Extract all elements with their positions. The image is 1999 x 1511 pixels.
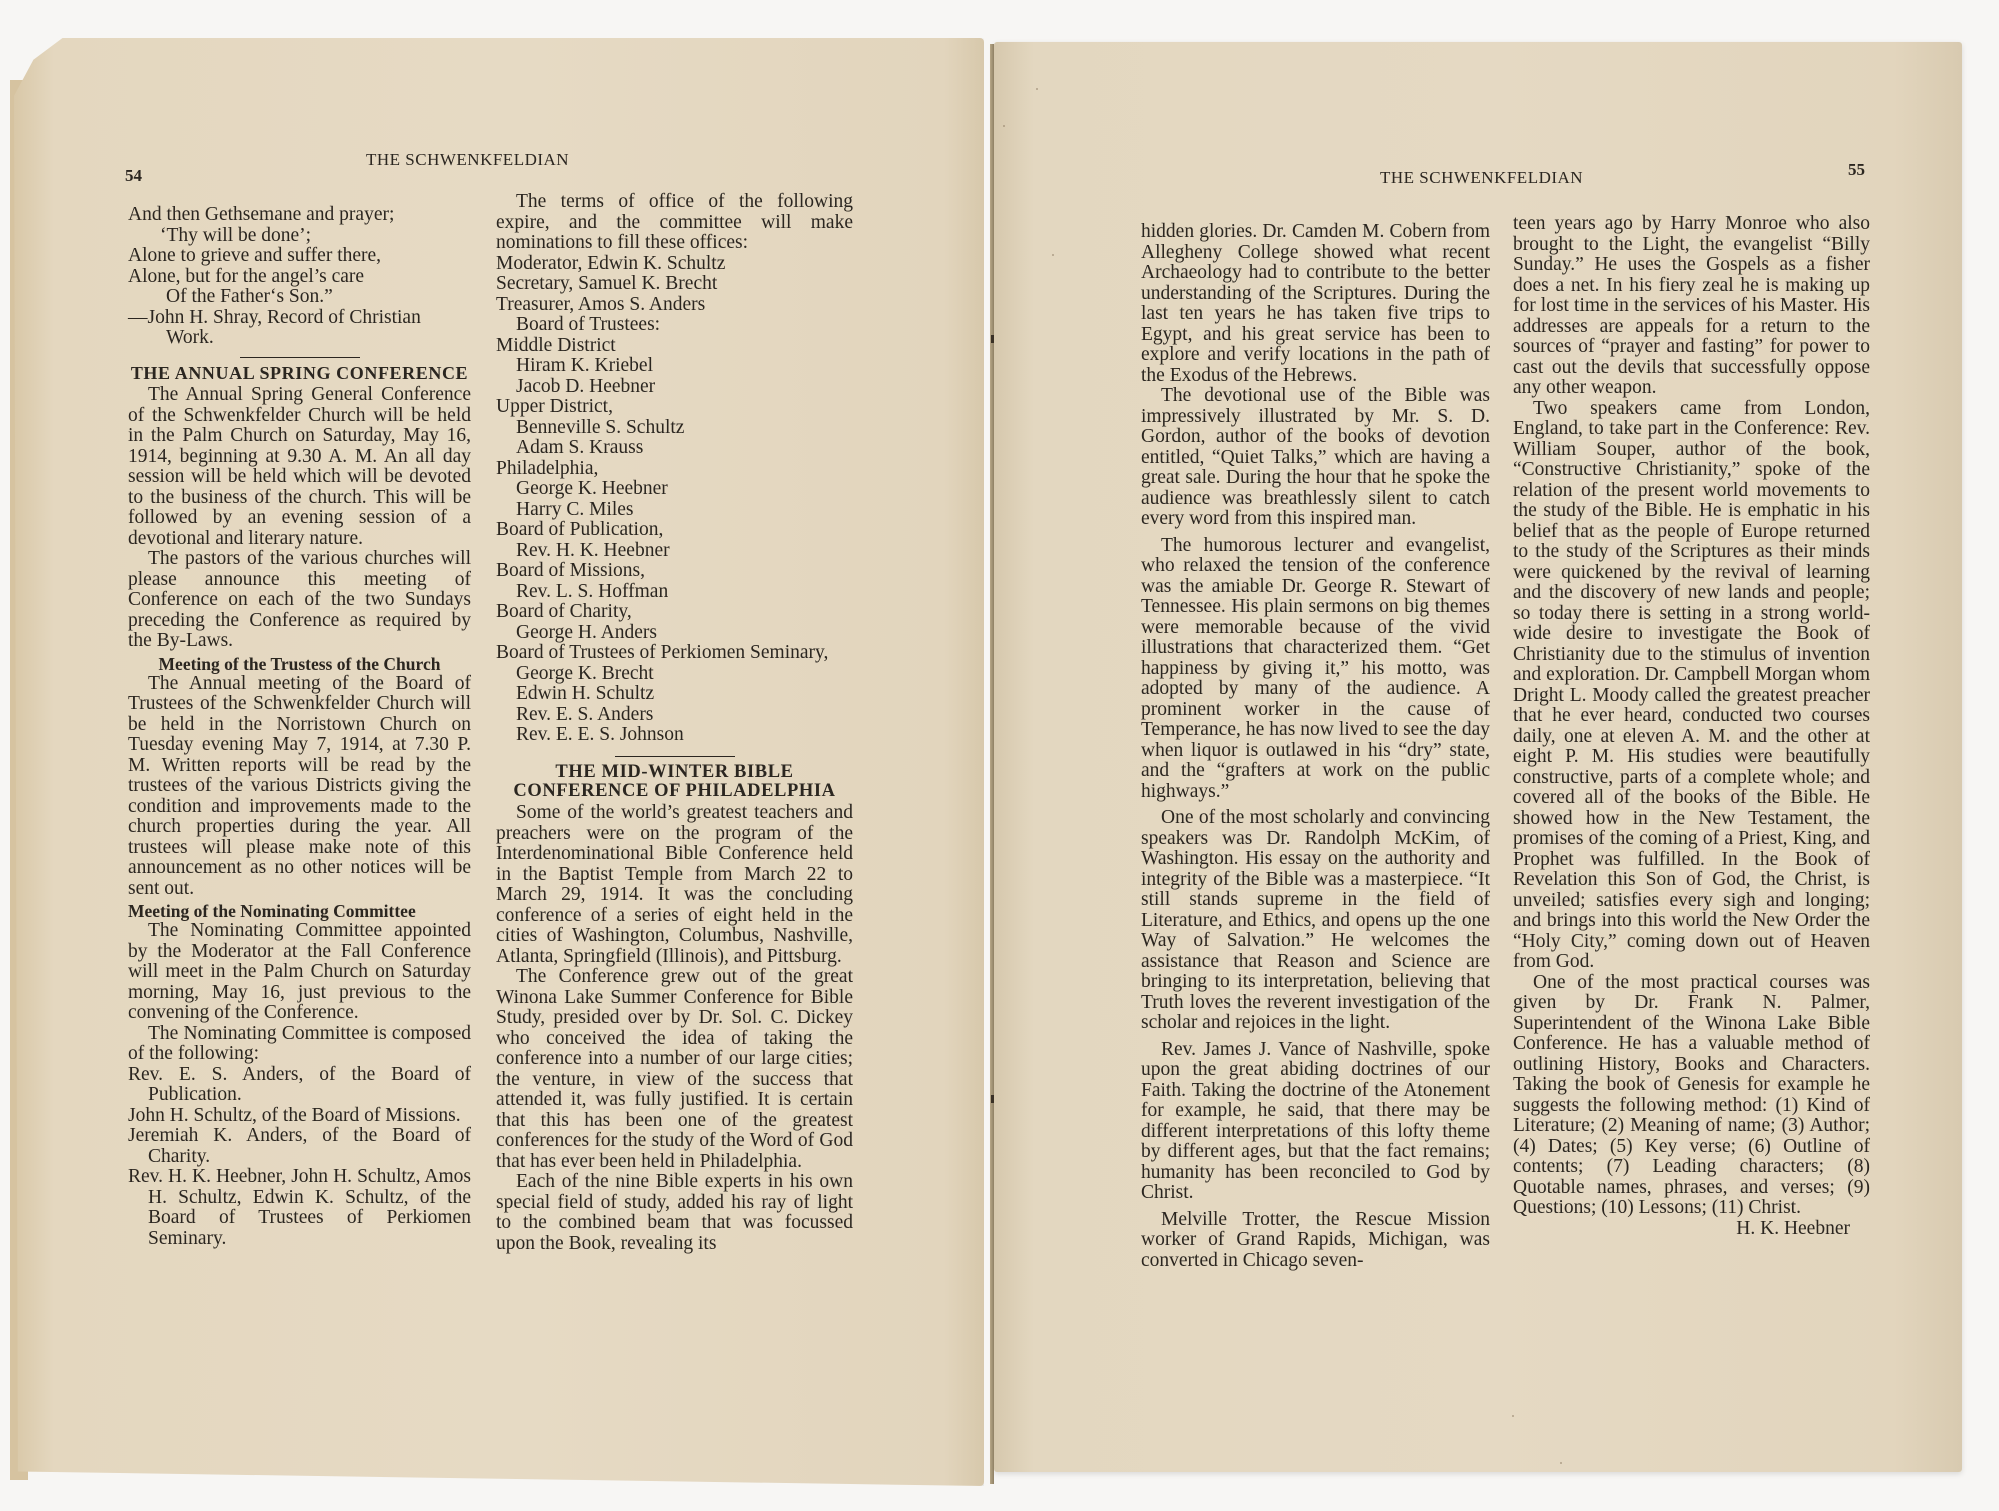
paragraph: One of the most practical courses was gi… [1513,973,1870,1219]
committee-member: John H. Schultz, of the Board of Mission… [128,1106,471,1127]
paper-speck [1003,125,1005,127]
office-entry: George K. Brecht [496,664,853,685]
open-booklet-spread: 54 THE SCHWENKFELDIAN And then Gethseman… [0,0,1999,1511]
office-entry: Rev. E. E. S. Johnson [496,725,853,746]
paragraph: The pastors of the various churches will… [128,549,471,652]
office-entry: Rev. H. K. Heebner [496,541,853,562]
subheading-trustees-meeting: Meeting of the Trustess of the Church [128,654,471,674]
binding-staple [991,1095,994,1103]
office-entry: Benneville S. Schultz [496,418,853,439]
paragraph: The devotional use of the Bible was impr… [1141,386,1490,530]
office-entry: Adam S. Krauss [496,438,853,459]
paragraph: The Nominating Committee is composed of … [128,1024,471,1065]
poem-line: Of the Father‘s Son.” [128,287,471,308]
spine-gutter [990,44,994,1484]
section-divider [615,756,735,758]
office-entry: Moderator, Edwin K. Schultz [496,254,853,275]
poem-line: And then Gethsemane and prayer; [128,205,471,226]
office-entry: Edwin H. Schultz [496,684,853,705]
paper-speck [1512,1415,1514,1417]
office-entry: Board of Trustees of Perkiomen Seminary, [496,643,853,664]
office-entry: Harry C. Miles [496,500,853,521]
page-number-left: 54 [125,166,142,186]
page-number-right: 55 [1848,160,1865,180]
office-entry: Middle District [496,336,853,357]
paragraph: The Nominating Committee appointed by th… [128,921,471,1024]
paper-speck [1052,254,1054,256]
paragraph: Some of the world’s greatest teachers an… [496,803,853,967]
running-head-left: THE SCHWENKFELDIAN [366,150,569,170]
poem-line: ‘Thy will be done’; [128,226,471,247]
office-entry: George K. Heebner [496,479,853,500]
office-entry: Board of Trustees: [496,315,853,336]
paragraph: The Annual meeting of the Board of Trust… [128,674,471,900]
poem-attribution: —John H. Shray, Record of Christian Work… [128,308,471,349]
poem-line: Alone to grieve and suffer there, [128,246,471,267]
office-entry: Board of Missions, [496,561,853,582]
paper-speck [1560,1462,1562,1464]
office-entry: Rev. L. S. Hoffman [496,582,853,603]
office-entry: Board of Charity, [496,602,853,623]
paragraph: The Conference grew out of the great Win… [496,967,853,1172]
paragraph: Each of the nine Bible experts in his ow… [496,1172,853,1254]
running-head-right: THE SCHWENKFELDIAN [1380,168,1583,188]
paragraph: Two speakers came from London, England, … [1513,399,1870,973]
office-entry: Hiram K. Kriebel [496,356,853,377]
office-entry: Secretary, Samuel K. Brecht [496,274,853,295]
paper-speck [1036,88,1038,90]
office-entry: Rev. E. S. Anders [496,705,853,726]
office-entry: Upper District, [496,397,853,418]
left-column-2: The terms of office of the following exp… [496,192,853,1254]
paragraph: Rev. James J. Vance of Nashville, spoke … [1141,1040,1490,1204]
subheading-nominating-committee: Meeting of the Nominating Committee [128,901,471,921]
paragraph: Melville Trotter, the Rescue Mission wor… [1141,1210,1490,1272]
office-entry: Philadelphia, [496,459,853,480]
section-heading-bible-conference: THE MID-WINTER BIBLE CONFERENCE OF PHILA… [496,763,853,801]
paragraph: The Annual Spring General Conference of … [128,385,471,549]
section-divider [240,357,360,359]
office-entry: Treasurer, Amos S. Anders [496,295,853,316]
paragraph: The terms of office of the following exp… [496,192,853,254]
office-entry: Jacob D. Heebner [496,377,853,398]
author-signature: H. K. Heebner [1513,1219,1870,1240]
poem-line: Alone, but for the angel’s care [128,267,471,288]
left-column-1: And then Gethsemane and prayer; ‘Thy wil… [128,205,471,1249]
paragraph: hidden glories. Dr. Camden M. Cobern fro… [1141,222,1490,386]
office-entry: George H. Anders [496,623,853,644]
binding-staple [991,335,994,343]
office-entry: Board of Publication, [496,520,853,541]
offices-list: Moderator, Edwin K. SchultzSecretary, Sa… [496,254,853,746]
paragraph: One of the most scholarly and convincing… [1141,808,1490,1034]
right-column-2: teen years ago by Harry Monroe who also … [1513,214,1870,1239]
section-heading-spring-conference: THE ANNUAL SPRING CONFERENCE [128,364,471,383]
paragraph: The humorous lecturer and evangelist, wh… [1141,536,1490,803]
committee-member: Rev. H. K. Heebner, John H. Schultz, Amo… [128,1167,471,1249]
paragraph: teen years ago by Harry Monroe who also … [1513,214,1870,399]
right-column-1: hidden glories. Dr. Camden M. Cobern fro… [1141,222,1490,1271]
committee-member: Jeremiah K. Anders, of the Board of Char… [128,1126,471,1167]
committee-member: Rev. E. S. Anders, of the Board of Publi… [128,1065,471,1106]
